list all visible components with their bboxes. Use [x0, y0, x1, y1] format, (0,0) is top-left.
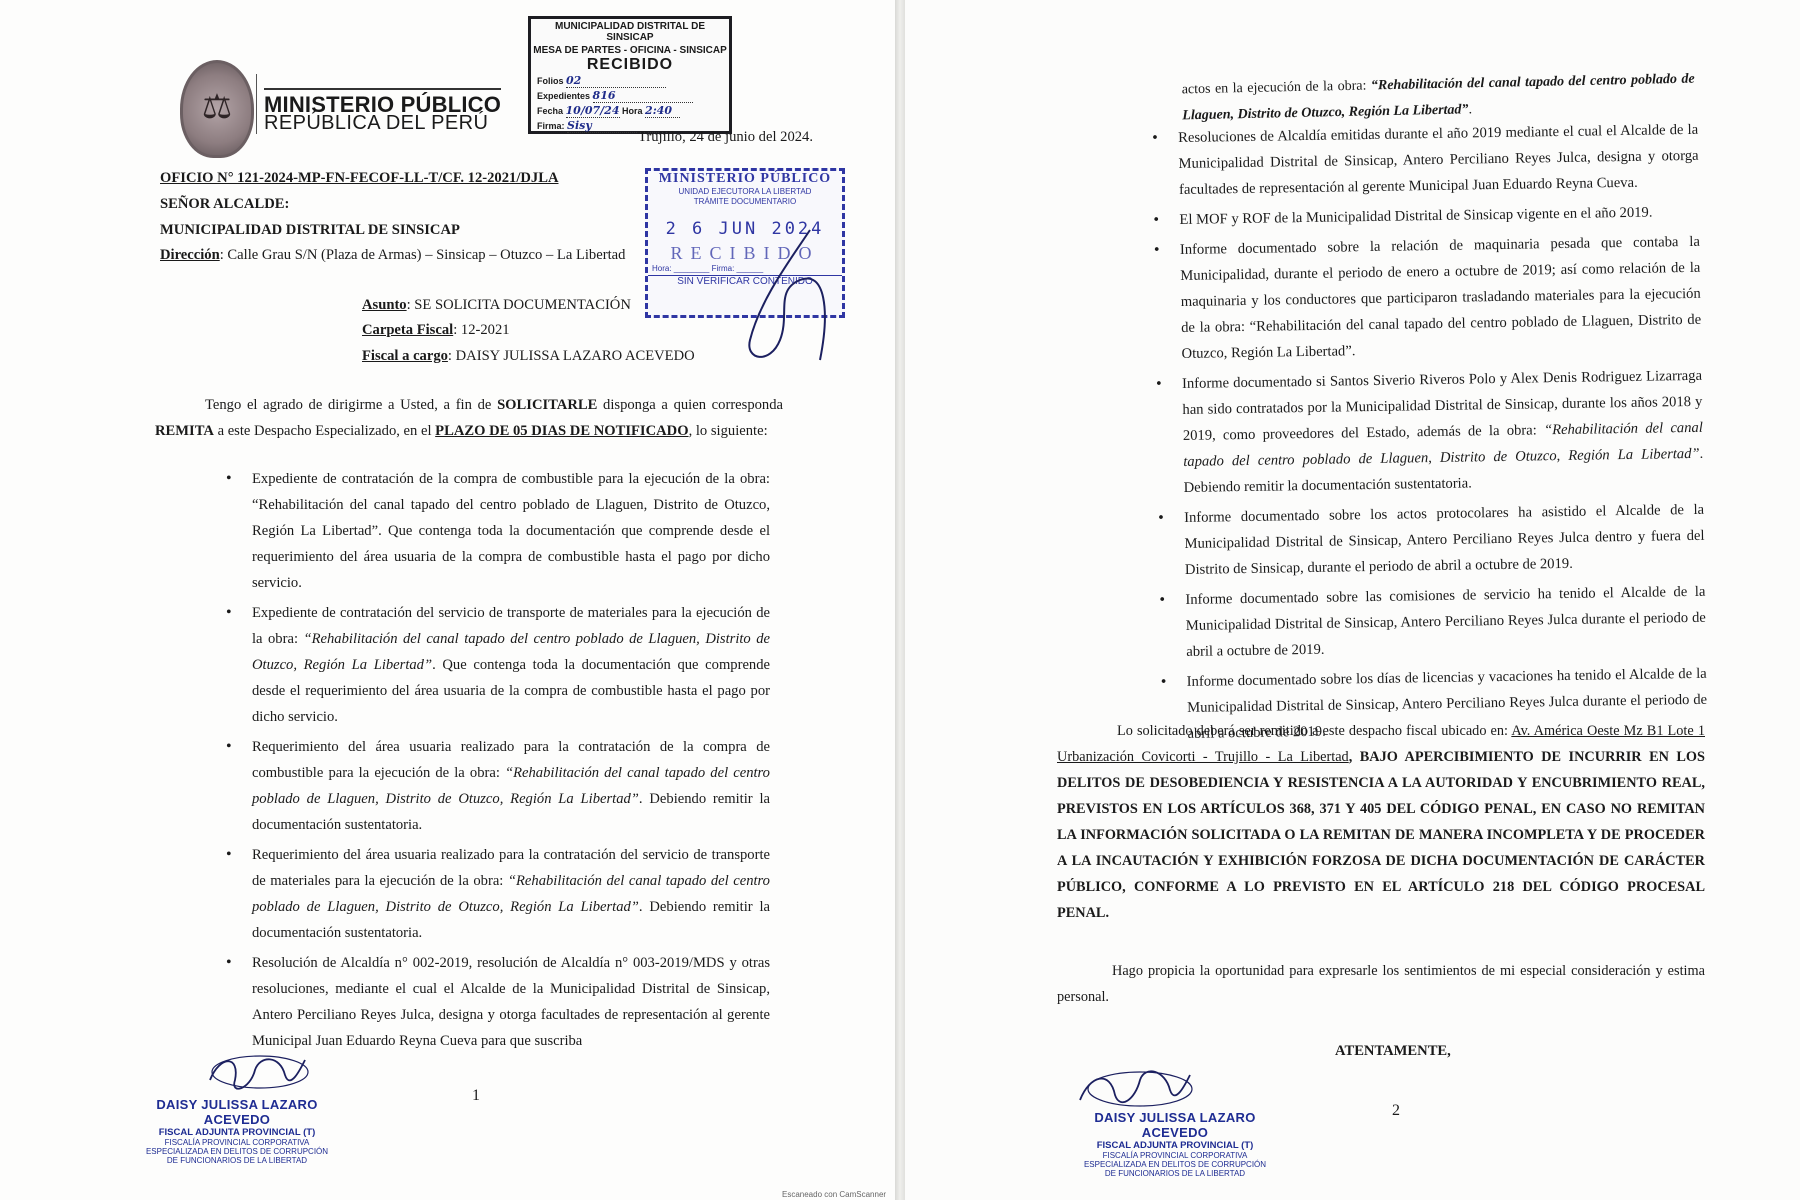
signer-role: FISCAL ADJUNTA PROVINCIAL (T) [132, 1127, 342, 1138]
document-page-1: MINISTERIO PÚBLICO REPÚBLICA DEL PERÚ MU… [0, 0, 895, 1200]
oficio-number: OFICIO N° 121-2024-MP-FN-FECOF-LL-T/CF. … [160, 165, 559, 191]
stamp-b-received: RECIBIDO [648, 243, 842, 264]
page-number-2: 2 [1392, 1102, 1400, 1120]
intro-paragraph: Tengo el agrado de dirigirme a Usted, a … [155, 392, 783, 444]
folios-label: Folios [537, 76, 564, 86]
signer-name: DAISY JULISSA LAZARO ACEVEDO [132, 1097, 342, 1127]
stamp-b-note: SIN VERIFICAR CONTENIDO [648, 275, 842, 287]
direccion-line: Dirección: Calle Grau S/N (Plaza de Arma… [160, 242, 625, 268]
list-item: El MOF y ROF de la Municipalidad Distrit… [1179, 199, 1699, 233]
asunto-label: Asunto [362, 297, 407, 313]
signer-office-2: ESPECIALIZADA EN DELITOS DE CORRUPCIÓN [132, 1147, 342, 1156]
fiscal-label: Fiscal a cargo [362, 348, 448, 364]
list-item: Requerimiento del área usuaria realizado… [252, 734, 770, 838]
page-number: 1 [472, 1087, 480, 1105]
place-date: Trujillo, 24 de junio del 2024. [638, 124, 813, 150]
fiscal-value: : DAISY JULISSA LAZARO ACEVEDO [448, 348, 695, 364]
signature-block-2: DAISY JULISSA LAZARO ACEVEDO FISCAL ADJU… [1070, 1110, 1280, 1178]
signer-office-1: FISCALÍA PROVINCIAL CORPORATIVA [1070, 1151, 1280, 1160]
logo-subtitle: REPÚBLICA DEL PERÚ [264, 112, 488, 135]
logo-divider [256, 74, 257, 134]
firma-label: Firma: [537, 121, 565, 131]
courtesy-paragraph: Hago propicia la oportunidad para expres… [1057, 958, 1705, 1010]
list-item: Resolución de Alcaldía n° 002-2019, reso… [252, 950, 770, 1054]
requested-items-list-2: Resoluciones de Alcaldía emitidas durant… [1178, 117, 1708, 751]
list-item: Resoluciones de Alcaldía emitidas durant… [1178, 117, 1699, 203]
fecha-value: 10/07/24 [566, 104, 620, 118]
carpeta-label: Carpeta Fiscal [362, 322, 453, 338]
list-item: Informe documentado sobre los actos prot… [1184, 497, 1705, 583]
list-item: Expediente de contratación de la compra … [252, 466, 770, 596]
expediente-label: Expedientes [537, 91, 590, 101]
asunto-line: Asunto: SE SOLICITA DOCUMENTACIÓN [362, 292, 631, 318]
expediente-value: 816 [593, 89, 693, 103]
stamp-b-unit: UNIDAD EJECUTORA LA LIBERTAD [648, 187, 842, 197]
scanner-note: Escaneado con CamScanner [782, 1190, 886, 1199]
carpeta-value: : 12-2021 [453, 322, 509, 338]
ministerio-received-stamp: MINISTERIO PÚBLICO UNIDAD EJECUTORA LA L… [645, 168, 845, 318]
fecha-label: Fecha [537, 106, 563, 116]
list-item: Informe documentado si Santos Siverio Ri… [1182, 363, 1704, 501]
fiscal-line: Fiscal a cargo: DAISY JULISSA LAZARO ACE… [362, 343, 695, 369]
signer-office-3: DE FUNCIONARIOS DE LA LIBERTAD [1070, 1169, 1280, 1178]
stamp-line2: MESA DE PARTES - OFICINA - SINSICAP [531, 45, 729, 56]
signer-office-3: DE FUNCIONARIOS DE LA LIBERTAD [132, 1156, 342, 1165]
asunto-value: : SE SOLICITA DOCUMENTACIÓN [407, 297, 631, 313]
direccion-value: : Calle Grau S/N (Plaza de Armas) – Sins… [220, 247, 626, 263]
list-item: Informe documentado sobre la relación de… [1180, 229, 1702, 367]
signer-office-2: ESPECIALIZADA EN DELITOS DE CORRUPCIÓN [1070, 1160, 1280, 1169]
direccion-label: Dirección [160, 247, 220, 263]
signer-office-1: FISCALÍA PROVINCIAL CORPORATIVA [132, 1138, 342, 1147]
signer-role: FISCAL ADJUNTA PROVINCIAL (T) [1070, 1140, 1280, 1151]
list-item: Requerimiento del área usuaria realizado… [252, 842, 770, 946]
stamp-b-sub: TRÁMITE DOCUMENTARIO [648, 197, 842, 207]
list-item: Expediente de contratación del servicio … [252, 600, 770, 730]
stamp-b-firma: Firma [712, 264, 732, 273]
stamp-line1: MUNICIPALIDAD DISTRITAL DE SINSICAP [531, 21, 729, 43]
requested-items-list: Expediente de contratación de la compra … [252, 466, 770, 1058]
addressee: SEÑOR ALCALDE: [160, 191, 289, 217]
hora-value: 2:40 [645, 104, 680, 118]
sign-off: ATENTAMENTE, [1335, 1038, 1451, 1064]
stamp-title: RECIBIDO [531, 56, 729, 74]
list-item: Informe documentado sobre las comisiones… [1185, 579, 1706, 665]
folios-value: 02 [566, 74, 666, 88]
stamp-b-date: 2 6 JUN 2024 [648, 219, 842, 239]
stamp-b-title: MINISTERIO PÚBLICO [648, 171, 842, 187]
document-page-2: actos en la ejecución de la obra: “Rehab… [905, 0, 1800, 1200]
signature-scribble-icon-2 [1065, 1065, 1195, 1115]
closing-paragraph: Lo solicitado deberá ser remitido a este… [1057, 718, 1705, 926]
page-gutter [895, 0, 905, 1200]
ministerio-publico-seal-icon [180, 60, 254, 158]
signer-name: DAISY JULISSA LAZARO ACEVEDO [1070, 1110, 1280, 1140]
carpeta-line: Carpeta Fiscal: 12-2021 [362, 317, 510, 343]
signature-block: DAISY JULISSA LAZARO ACEVEDO FISCAL ADJU… [132, 1097, 342, 1165]
hora-label: Hora [622, 106, 643, 116]
reception-stamp: MUNICIPALIDAD DISTRITAL DE SINSICAP MESA… [528, 16, 732, 134]
institution: MUNICIPALIDAD DISTRITAL DE SINSICAP [160, 217, 460, 243]
stamp-b-hora: Hora [652, 264, 669, 273]
